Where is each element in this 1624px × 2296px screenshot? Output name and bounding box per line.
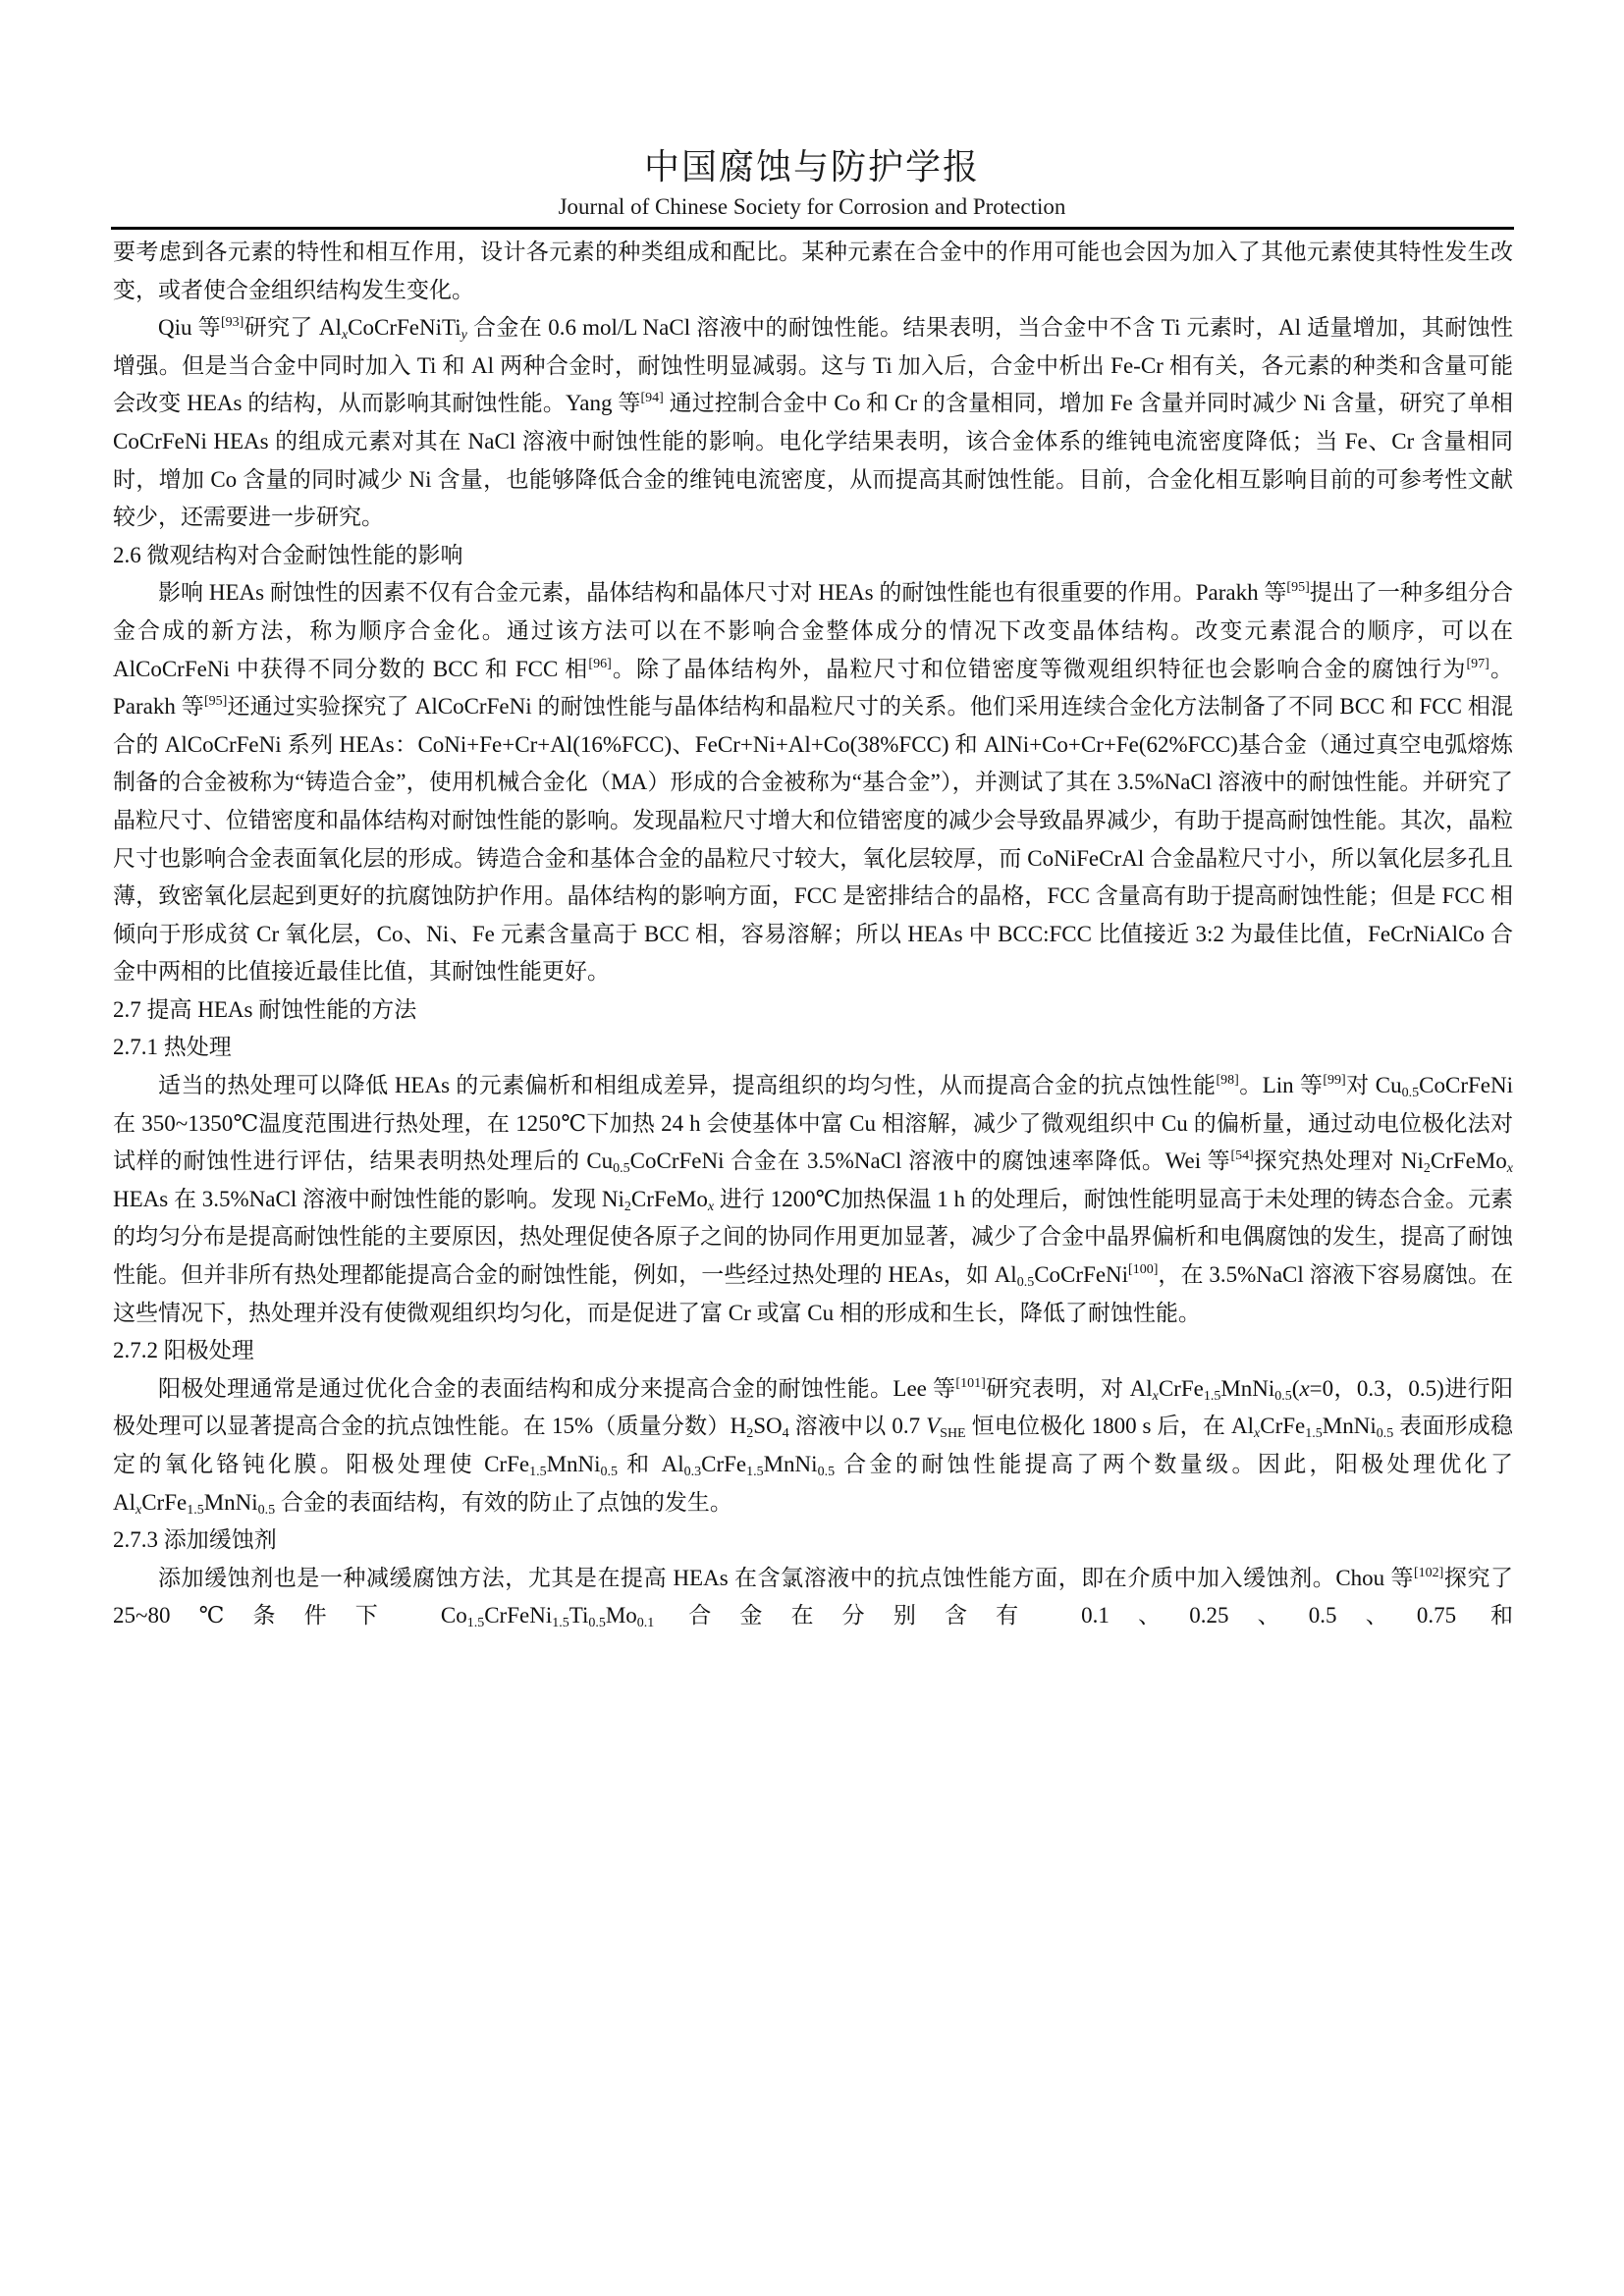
citation[interactable]: [100] <box>1128 1262 1158 1277</box>
journal-title-cn: 中国腐蚀与防护学报 <box>0 145 1624 188</box>
citation[interactable]: [95] <box>1286 580 1309 595</box>
section-heading-2-7: 2.7 提高 HEAs 耐蚀性能的方法 <box>113 991 1513 1030</box>
header-rule <box>111 227 1514 230</box>
paragraph-inhibitor: 添加缓蚀剂也是一种减缓腐蚀方法，尤其是在提高 HEAs 在含氯溶液中的抗点蚀性能… <box>113 1560 1513 1635</box>
section-heading-2-7-1: 2.7.1 热处理 <box>113 1029 1513 1067</box>
citation[interactable]: [97] <box>1467 657 1489 671</box>
paragraph-anodizing: 阳极处理通常是通过优化合金的表面结构和成分来提高合金的耐蚀性能。Lee 等[10… <box>113 1370 1513 1522</box>
journal-title-en: Journal of Chinese Society for Corrosion… <box>0 192 1624 222</box>
citation[interactable]: [101] <box>955 1376 985 1391</box>
section-heading-2-6: 2.6 微观结构对合金耐蚀性能的影响 <box>113 537 1513 575</box>
citation[interactable]: [95] <box>204 694 227 709</box>
article-body: 要考虑到各元素的特性和相互作用，设计各元素的种类组成和配比。某种元素在合金中的作… <box>113 234 1513 1635</box>
citation[interactable]: [102] <box>1414 1566 1443 1580</box>
citation[interactable]: [93] <box>221 315 244 330</box>
paragraph-heat-treatment: 适当的热处理可以降低 HEAs 的元素偏析和相组成差异，提高组织的均匀性，从而提… <box>113 1067 1513 1332</box>
paragraph-microstructure: 影响 HEAs 耐蚀性的因素不仅有合金元素，晶体结构和晶体尺寸对 HEAs 的耐… <box>113 574 1513 991</box>
section-heading-2-7-3: 2.7.3 添加缓蚀剂 <box>113 1522 1513 1560</box>
citation[interactable]: [94] <box>640 391 663 405</box>
citation[interactable]: [96] <box>588 657 611 671</box>
journal-header: 中国腐蚀与防护学报 Journal of Chinese Society for… <box>0 145 1624 222</box>
citation[interactable]: [99] <box>1323 1073 1345 1088</box>
section-heading-2-7-2: 2.7.2 阳极处理 <box>113 1332 1513 1370</box>
paragraph-alloying-interaction: Qiu 等[93]研究了 AlxCoCrFeNiTiy 合金在 0.6 mol/… <box>113 309 1513 537</box>
paragraph-continuation: 要考虑到各元素的特性和相互作用，设计各元素的种类组成和配比。某种元素在合金中的作… <box>113 234 1513 309</box>
citation[interactable]: [54] <box>1230 1148 1253 1163</box>
citation[interactable]: [98] <box>1216 1073 1238 1088</box>
